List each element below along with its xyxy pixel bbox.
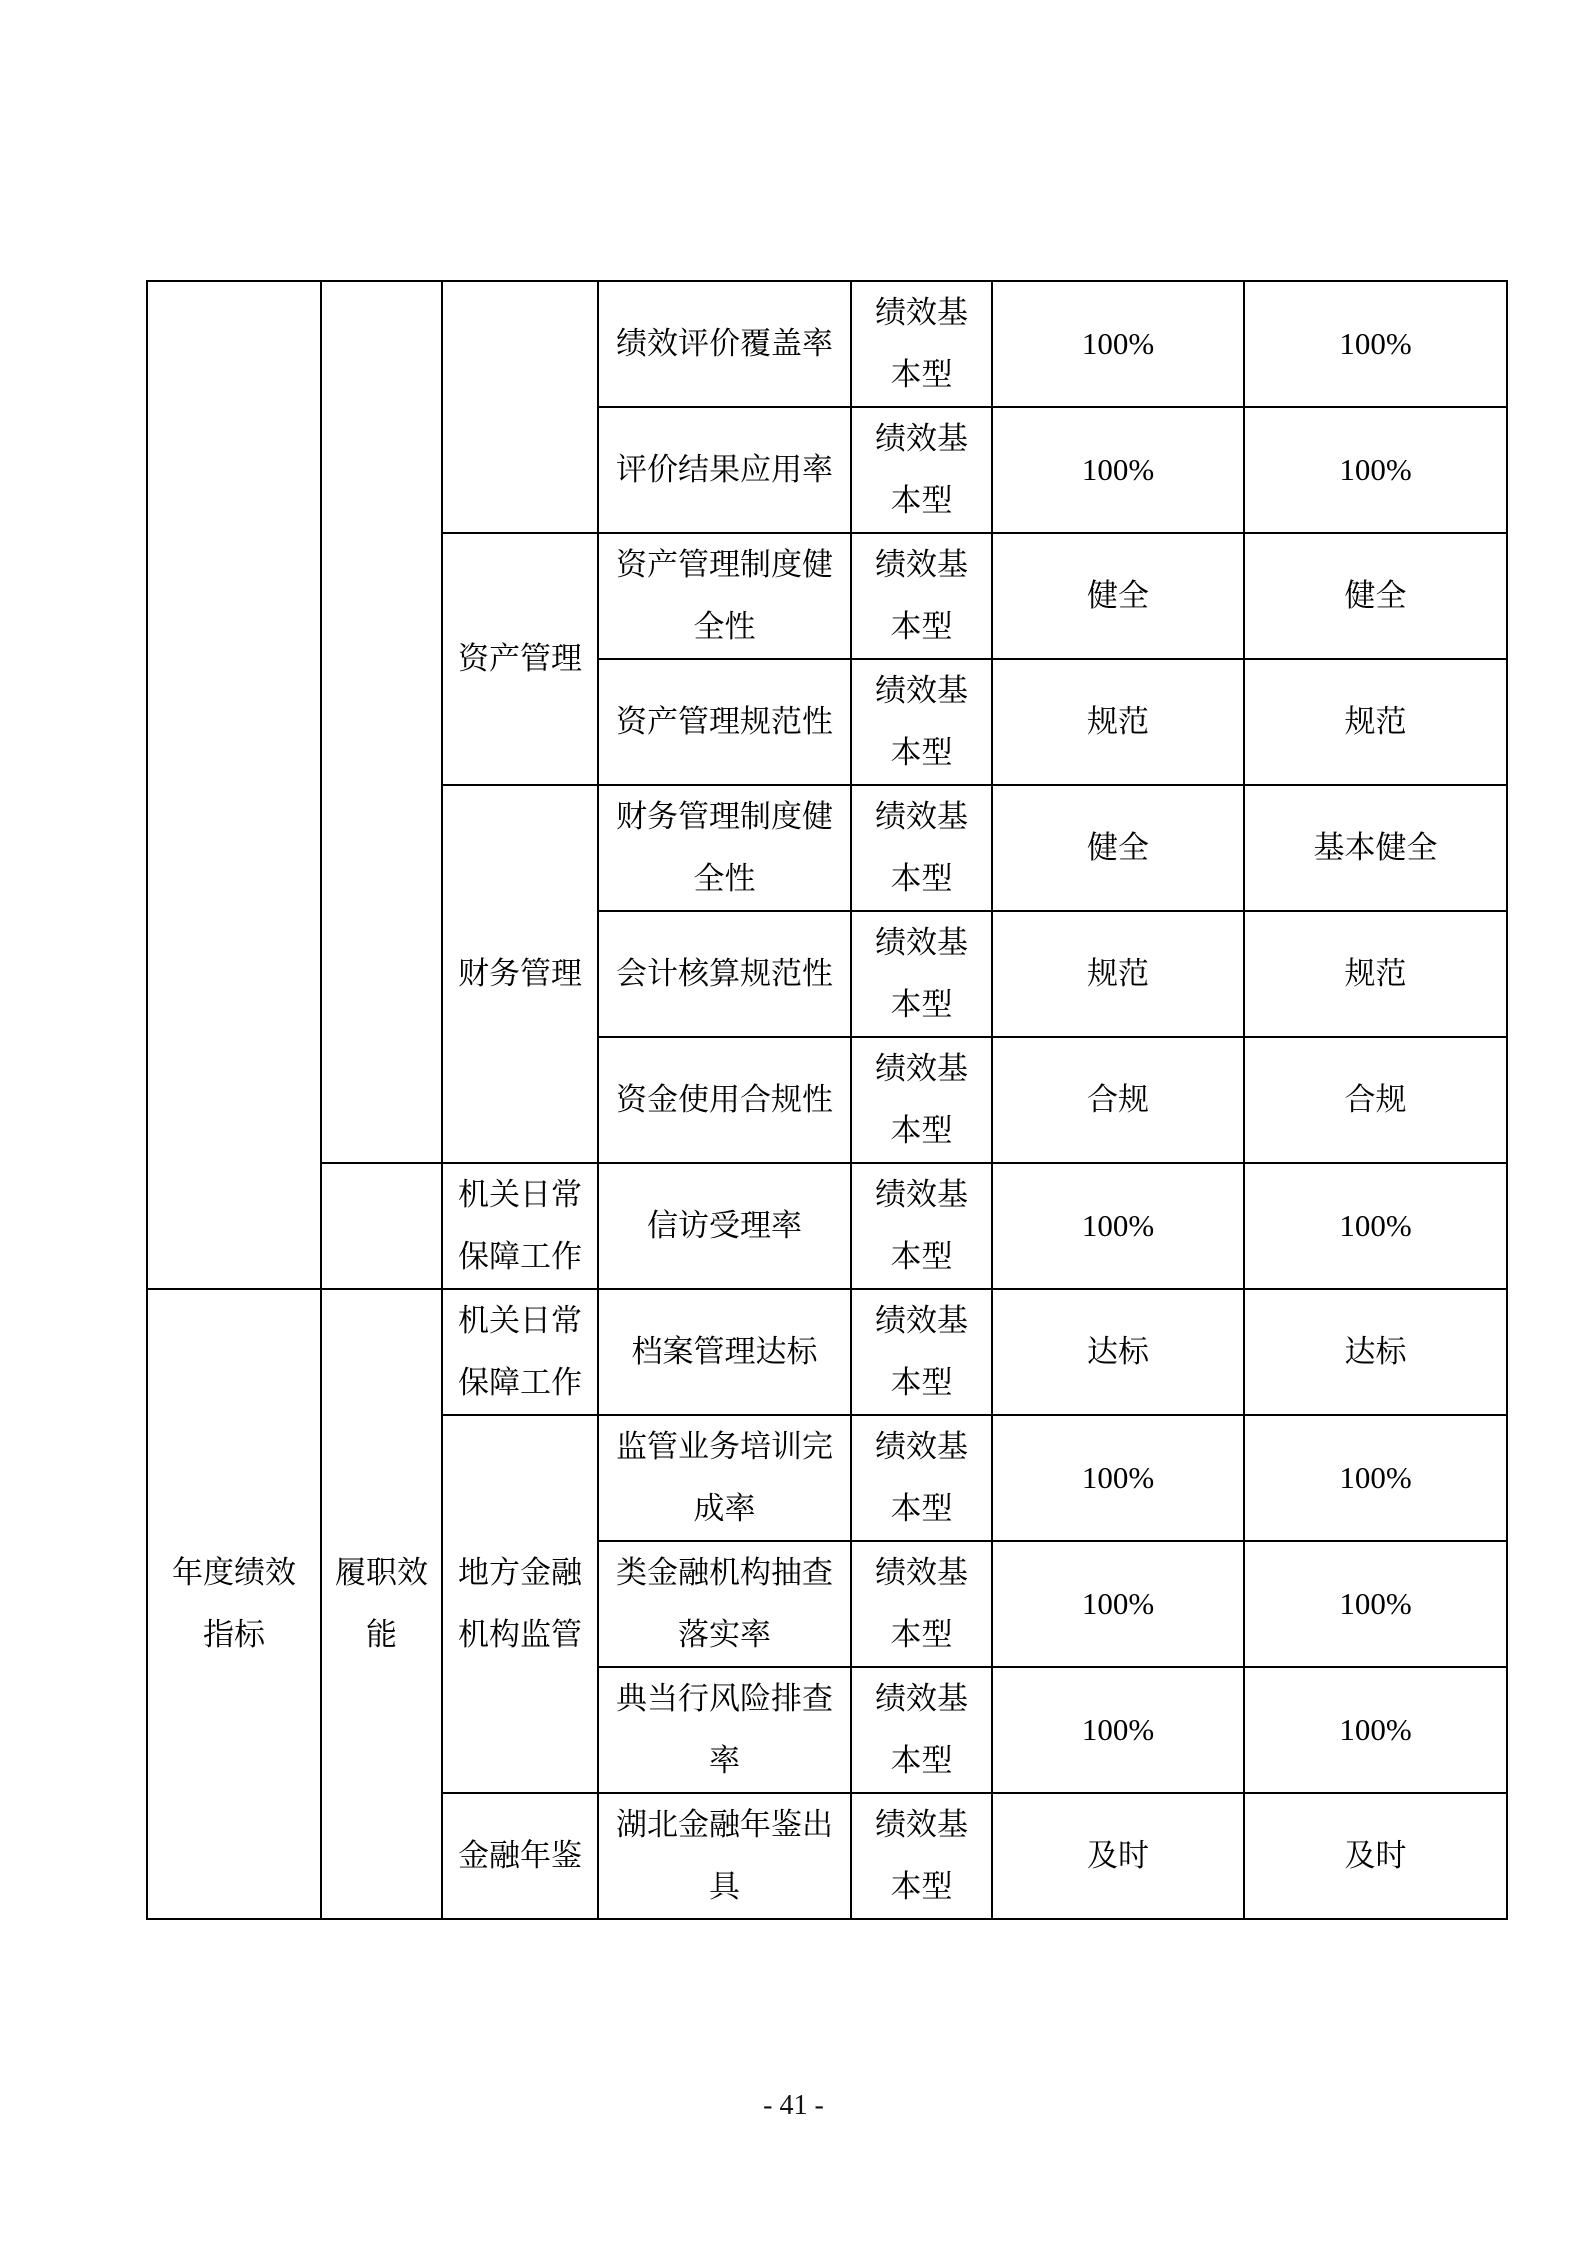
indicator-type-cell: 绩效基 本型: [851, 1289, 992, 1415]
group-cell-finance-yearbook: 金融年鉴: [442, 1793, 598, 1919]
value2-cell: 及时: [1244, 1793, 1507, 1919]
value1-cell: 及时: [992, 1793, 1244, 1919]
group-cell-annual-performance-indicators: 年度绩效 指标: [147, 1289, 321, 1919]
value1-cell: 规范: [992, 911, 1244, 1037]
value2-cell: 100%: [1244, 1415, 1507, 1541]
document-page: { "page_number": "- 41 -", "table": { "l…: [0, 0, 1587, 2245]
group-cell-local-finance-regulation: 地方金融 机构监管: [442, 1415, 598, 1793]
indicator-name-cell: 绩效评价覆盖率: [598, 281, 851, 407]
indicator-type-cell: 绩效基 本型: [851, 1415, 992, 1541]
indicator-type-cell: 绩效基 本型: [851, 1793, 992, 1919]
indicator-name-cell: 资金使用合规性: [598, 1037, 851, 1163]
value1-cell: 100%: [992, 1541, 1244, 1667]
value1-cell: 100%: [992, 1163, 1244, 1289]
indicator-name-cell: 资产管理制度健 全性: [598, 533, 851, 659]
group-cell-office-support-2: 机关日常 保障工作: [442, 1289, 598, 1415]
indicator-type-cell: 绩效基 本型: [851, 911, 992, 1037]
indicator-type-cell: 绩效基 本型: [851, 1667, 992, 1793]
indicator-type-cell: 绩效基 本型: [851, 659, 992, 785]
table-row: 年度绩效 指标 履职效 能 机关日常 保障工作 档案管理达标 绩效基 本型 达标…: [147, 1289, 1507, 1415]
value1-cell: 规范: [992, 659, 1244, 785]
performance-indicator-table: 绩效评价覆盖率 绩效基 本型 100% 100% 评价结果应用率 绩效基 本型 …: [146, 280, 1508, 1920]
continued-cell-level3: [442, 281, 598, 533]
value2-cell: 基本健全: [1244, 785, 1507, 911]
indicator-name-cell: 信访受理率: [598, 1163, 851, 1289]
indicator-type-cell: 绩效基 本型: [851, 533, 992, 659]
value1-cell: 100%: [992, 1415, 1244, 1541]
indicator-name-cell: 湖北金融年鉴出 具: [598, 1793, 851, 1919]
value2-cell: 100%: [1244, 1163, 1507, 1289]
value1-cell: 100%: [992, 1667, 1244, 1793]
value1-cell: 达标: [992, 1289, 1244, 1415]
table-row: 绩效评价覆盖率 绩效基 本型 100% 100%: [147, 281, 1507, 407]
value1-cell: 健全: [992, 533, 1244, 659]
continued-cell-level2: [321, 281, 442, 1163]
group-cell-asset-management: 资产管理: [442, 533, 598, 785]
page-number: - 41 -: [0, 2090, 1587, 2122]
group-cell-office-support-1: 机关日常 保障工作: [442, 1163, 598, 1289]
value2-cell: 健全: [1244, 533, 1507, 659]
value2-cell: 达标: [1244, 1289, 1507, 1415]
continued-cell-level2: [321, 1163, 442, 1289]
value1-cell: 合规: [992, 1037, 1244, 1163]
indicator-name-cell: 资产管理规范性: [598, 659, 851, 785]
group-cell-duty-performance: 履职效 能: [321, 1289, 442, 1919]
value2-cell: 合规: [1244, 1037, 1507, 1163]
group-cell-financial-management: 财务管理: [442, 785, 598, 1163]
value1-cell: 100%: [992, 407, 1244, 533]
indicator-name-cell: 典当行风险排查 率: [598, 1667, 851, 1793]
value2-cell: 规范: [1244, 659, 1507, 785]
value2-cell: 100%: [1244, 281, 1507, 407]
indicator-type-cell: 绩效基 本型: [851, 1037, 992, 1163]
indicator-name-cell: 财务管理制度健 全性: [598, 785, 851, 911]
indicator-name-cell: 监管业务培训完 成率: [598, 1415, 851, 1541]
value1-cell: 健全: [992, 785, 1244, 911]
table-row: 机关日常 保障工作 信访受理率 绩效基 本型 100% 100%: [147, 1163, 1507, 1289]
indicator-name-cell: 评价结果应用率: [598, 407, 851, 533]
indicator-name-cell: 档案管理达标: [598, 1289, 851, 1415]
indicator-name-cell: 类金融机构抽查 落实率: [598, 1541, 851, 1667]
indicator-type-cell: 绩效基 本型: [851, 1163, 992, 1289]
indicator-type-cell: 绩效基 本型: [851, 407, 992, 533]
value2-cell: 100%: [1244, 1667, 1507, 1793]
continued-cell-level1: [147, 281, 321, 1289]
value1-cell: 100%: [992, 281, 1244, 407]
value2-cell: 规范: [1244, 911, 1507, 1037]
value2-cell: 100%: [1244, 1541, 1507, 1667]
indicator-type-cell: 绩效基 本型: [851, 1541, 992, 1667]
indicator-type-cell: 绩效基 本型: [851, 785, 992, 911]
indicator-name-cell: 会计核算规范性: [598, 911, 851, 1037]
value2-cell: 100%: [1244, 407, 1507, 533]
indicator-type-cell: 绩效基 本型: [851, 281, 992, 407]
